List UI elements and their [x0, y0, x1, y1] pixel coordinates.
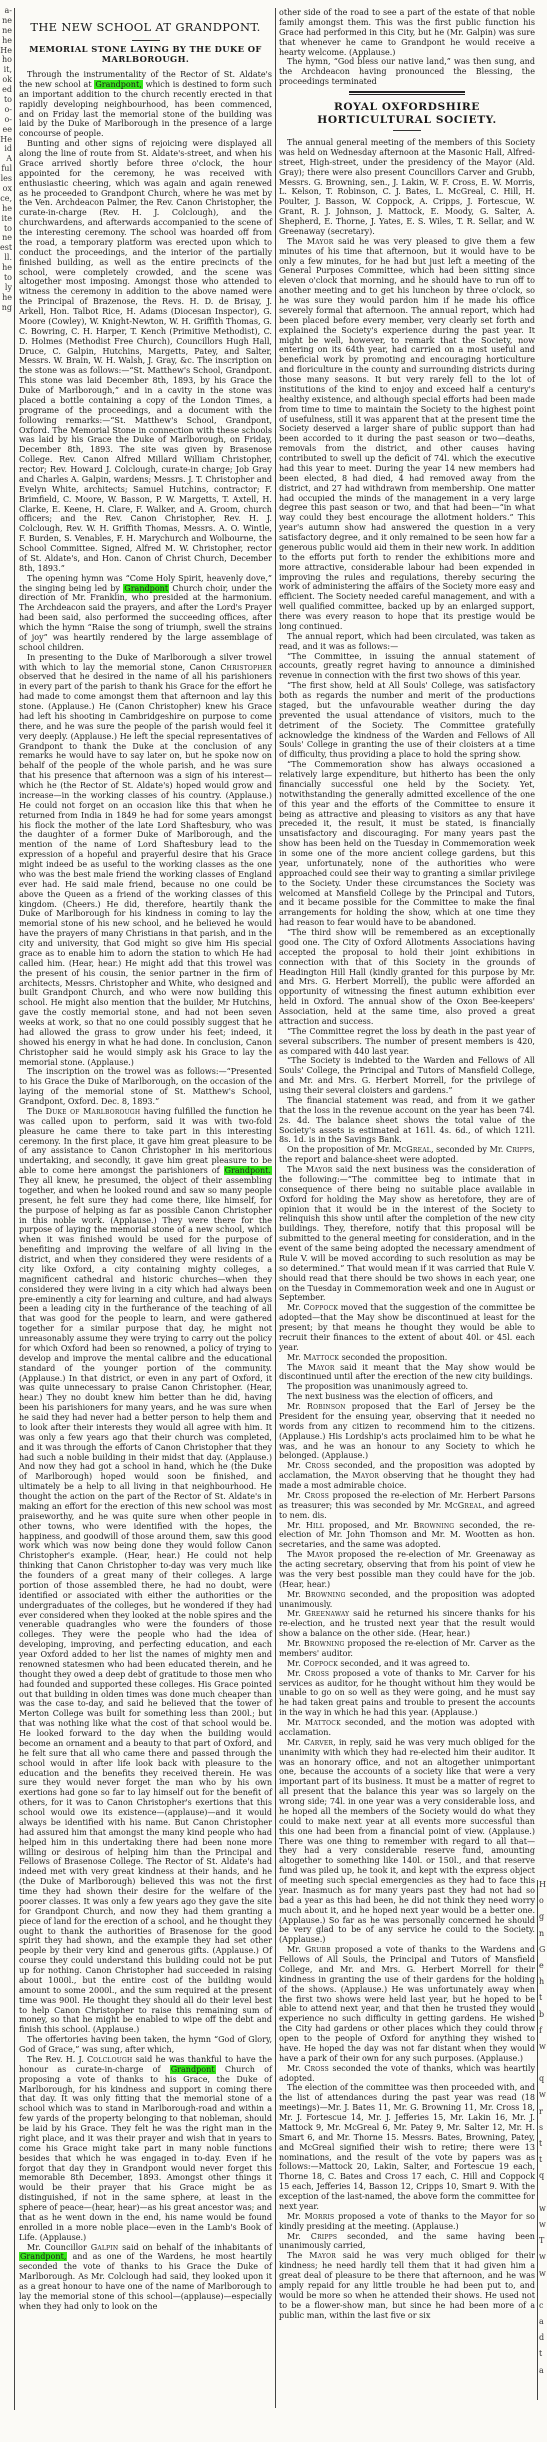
- article-2-paragraph: On the proposition of Mr. McGreal, secon…: [279, 1145, 535, 1165]
- paragraph-text: Mr.: [287, 2232, 311, 2241]
- paragraph-text: Mr.: [287, 1609, 305, 1618]
- gutter-fragment: ful: [0, 164, 12, 174]
- gutter-fragment: H: [539, 1880, 547, 1896]
- article-2-paragraph: Mr. Morris proposed a vote of thanks to …: [279, 2212, 535, 2232]
- paragraph-text: Bunting and other signs of rejoicing wer…: [19, 139, 272, 573]
- speaker-name: Robinson: [307, 1402, 346, 1411]
- paragraph-text: proposed, and Mr.: [324, 1521, 414, 1530]
- article-2-paragraph: “The Committee regret the loss by death …: [279, 1027, 535, 1057]
- gutter-fragment: id: [0, 144, 12, 154]
- article-2-paragraph: The annual report, which had been circul…: [279, 632, 535, 652]
- paragraph-text: “The third show will be remembered as an…: [279, 928, 535, 1026]
- paragraph-text: seconded the proposition.: [339, 1353, 447, 1362]
- article-1-paragraph: The opening hymn was “Come Holy Spirit, …: [19, 574, 272, 653]
- right-gutter-fragments: HognGehtbfwqwrsttqwwTwwcadta: [539, 1880, 547, 2400]
- article-2-paragraph: Mr. Carver, in reply, said he was very m…: [279, 1738, 535, 1945]
- gutter-fragment: ll.: [0, 253, 12, 263]
- paragraph-text: , in reply, said he was very much oblige…: [279, 1738, 535, 1945]
- article-2-paragraph: Mr. Cross seconded the vote of thanks, w…: [279, 2064, 535, 2084]
- paragraph-text: “The Commemoration show has always occas…: [279, 760, 535, 927]
- paragraph-text: The: [287, 1550, 307, 1559]
- speaker-name: Mayor: [307, 237, 334, 246]
- gutter-fragment: t: [539, 2139, 547, 2155]
- gutter-fragment: ne: [0, 16, 12, 26]
- gutter-fragment: w: [539, 2269, 547, 2285]
- paragraph-text: Mr.: [287, 1738, 304, 1747]
- gutter-fragment: T: [539, 2236, 547, 2252]
- article-2-paragraph: Mr. Greenaway said he returned his since…: [279, 1609, 535, 1639]
- paragraph-text: observed that he desired in the name of …: [19, 672, 272, 1066]
- gutter-fragment: a-: [0, 6, 12, 16]
- paragraph-text: The next business was the election of of…: [287, 1392, 493, 1401]
- gutter-fragment: f: [539, 2026, 547, 2042]
- article-2-paragraph: “The Commemoration show has always occas…: [279, 760, 535, 928]
- gutter-fragment: h: [539, 1977, 547, 1993]
- gutter-fragment: o-: [0, 115, 12, 125]
- gutter-fragment: w: [539, 2042, 547, 2058]
- article-2-paragraph: Mr. Cross proposed the re-election of Mr…: [279, 1491, 535, 1521]
- article-2-headline: ROYAL OXFORDSHIRE HORTICULTURAL SOCIETY.: [279, 101, 535, 127]
- gutter-fragment: ce,: [0, 194, 12, 204]
- speaker-name: Greenaway: [305, 1609, 350, 1618]
- highlighted-term: Grandpont,: [19, 2252, 67, 2261]
- newspaper-page: a-neneheHehoit,okedtoo-o-eeHeidAfullesox…: [0, 0, 547, 2442]
- gutter-fragment: [539, 2058, 547, 2074]
- gutter-fragment: c: [539, 2301, 547, 2317]
- article-2-paragraph: Mr. Mattock seconded the proposition.: [279, 1353, 535, 1363]
- article-2-paragraph: Mr. Browning proposed the re-election of…: [279, 1639, 535, 1659]
- gutter-fragment: [539, 2285, 547, 2301]
- paragraph-text: The offertories having been taken, the h…: [19, 2035, 272, 2054]
- article-2-paragraph: Mr. Coppock seconded, and it was agreed …: [279, 1659, 535, 1669]
- speaker-name: Mattock: [305, 1718, 341, 1727]
- paragraph-text: Mr.: [287, 1659, 303, 1668]
- speaker-name: Browning: [305, 1590, 346, 1599]
- article-separator: [349, 91, 465, 95]
- article-1-paragraph: Through the instrumentality of the Recto…: [19, 70, 272, 139]
- gutter-fragment: a: [539, 2366, 547, 2382]
- gutter-fragment: t: [539, 2155, 547, 2171]
- article-2-paragraph: Mr. Grubb proposed a vote of thanks to t…: [279, 1945, 535, 2064]
- paragraph-text: The: [287, 1363, 308, 1372]
- gutter-fragment: b: [539, 2010, 547, 2026]
- column-rule-middle: [275, 8, 276, 2408]
- gutter-fragment: ne: [0, 233, 12, 243]
- article-2-paragraph: Mr. Mattock seconded, and the motion was…: [279, 1718, 535, 1738]
- article-1-paragraph: Mr. Councillor Galpin said on behalf of …: [19, 2243, 272, 2312]
- paragraph-text: “The Society is indebted to the Warden a…: [279, 1056, 535, 1095]
- paragraph-text: Church of proposing a vote of thanks to …: [19, 2065, 272, 2242]
- gutter-fragment: w: [539, 2204, 547, 2220]
- paragraph-text: The financial statement was read, and fr…: [279, 1096, 535, 1145]
- gutter-fragment: he: [0, 204, 12, 214]
- gutter-fragment: he: [0, 263, 12, 273]
- gutter-fragment: w: [539, 2090, 547, 2106]
- article-2-paragraph: Mr. Hill proposed, and Mr. Browning seco…: [279, 1521, 535, 1551]
- paragraph-text: Mr.: [287, 1639, 304, 1648]
- article-1-paragraph: The inscription on the trowel was as fol…: [19, 1067, 272, 1107]
- paragraph-text: , seconded by Mr.: [431, 1145, 506, 1154]
- paragraph-text: Mr.: [287, 1303, 304, 1312]
- speaker-name: Cross: [304, 1491, 329, 1500]
- paragraph-text: Mr.: [287, 1461, 305, 1470]
- gutter-fragment: e: [539, 1961, 547, 1977]
- speaker-name: Mayor: [308, 1363, 335, 1372]
- gutter-fragment: G: [539, 1945, 547, 1961]
- speaker-name: Galpin: [91, 2243, 119, 2252]
- column-1: THE NEW SCHOOL AT GRANDPONT. MEMORIAL ST…: [19, 8, 272, 2312]
- gutter-fragment: n: [539, 1929, 547, 1945]
- paragraph-text: said he was very pleased to give them a …: [279, 237, 535, 631]
- article-2-paragraph: Mr. Robinson proposed that the Earl of J…: [279, 1402, 535, 1461]
- gutter-fragment: o: [539, 1896, 547, 1912]
- article-2-paragraph: Mr. Coppock moved that the suggestion of…: [279, 1303, 535, 1352]
- gutter-fragment: w: [539, 2220, 547, 2236]
- speaker-name: McGreal: [393, 1145, 431, 1154]
- gutter-fragment: to: [0, 95, 12, 105]
- gutter-fragment: ly: [0, 283, 12, 293]
- article-1-subhead: MEMORIAL STONE LAYING BY THE DUKE OF MAR…: [19, 44, 272, 64]
- article-2-paragraph: The election of the committee was then p…: [279, 2083, 535, 2211]
- column-rule-right: [537, 1880, 538, 2400]
- gutter-fragment: ne: [0, 26, 12, 36]
- article-2-paragraph: “The Society is indebted to the Warden a…: [279, 1056, 535, 1096]
- paragraph-text: Mr.: [287, 1353, 303, 1362]
- article-2-paragraph: “The first show, held at All Souls' Coll…: [279, 681, 535, 760]
- paragraph-text: Mr.: [287, 1402, 307, 1411]
- speaker-name: Christopher: [220, 663, 272, 672]
- paragraph-text: and as one of the Wardens, he most heart…: [19, 2252, 272, 2310]
- gutter-fragment: he: [0, 36, 12, 46]
- article-1-paragraph: The offertories having been taken, the h…: [19, 2035, 272, 2055]
- paragraph-text: Church choir, under the direction of Mr.…: [19, 584, 272, 652]
- article-2-paragraph: The Mayor said the next business was the…: [279, 1165, 535, 1303]
- paragraph-text: The election of the committee was then p…: [279, 2083, 535, 2211]
- paragraph-text: Mr.: [287, 1669, 304, 1678]
- paragraph-text: Mr.: [287, 1521, 306, 1530]
- gutter-fragment: it,: [0, 65, 12, 75]
- article-2-paragraph: “The Committee, in issuing the annual st…: [279, 652, 535, 682]
- speaker-name: Coppock: [304, 1303, 339, 1312]
- paragraph-text: “The Committee regret the loss by death …: [279, 1027, 535, 1056]
- paragraph-text: The annual report, which had been circul…: [279, 632, 535, 651]
- gutter-fragment: t: [539, 1993, 547, 2009]
- speaker-name: Mayor: [309, 2251, 336, 2260]
- gutter-fragment: He: [0, 46, 12, 56]
- speaker-name: Morris: [304, 2212, 334, 2221]
- speaker-name: McGreal: [445, 1501, 483, 1510]
- gutter-fragment: ho: [0, 55, 12, 65]
- speaker-name: Cripps: [506, 1145, 532, 1154]
- paragraph-text: having fulfilled the function he was cal…: [19, 1107, 272, 1175]
- gutter-fragment: w: [539, 2252, 547, 2268]
- article-2-paragraph: The Mayor said it meant that the May sho…: [279, 1363, 535, 1383]
- article-2-paragraph: Mr. Cross seconded, and the proposition …: [279, 1461, 535, 1491]
- gutter-fragment: ed: [0, 85, 12, 95]
- paragraph-text: seconded, and it was agreed to.: [338, 1659, 470, 1668]
- gutter-fragment: A: [0, 154, 12, 164]
- left-gutter-fragments: a-neneheHehoit,okedtoo-o-eeHeidAfullesox…: [0, 6, 12, 2426]
- paragraph-text: said on behalf of the inhabitants of: [118, 2243, 272, 2252]
- article-1-paragraph-continued: other side of the road to see a part of …: [279, 8, 535, 57]
- gutter-fragment: t: [539, 2349, 547, 2365]
- paragraph-text: Mr.: [287, 1491, 304, 1500]
- speaker-name: Grubb: [305, 1945, 331, 1954]
- article-1-paragraph: Bunting and other signs of rejoicing wer…: [19, 139, 272, 574]
- article-2-paragraph: The Mayor said he was very pleased to gi…: [279, 237, 535, 632]
- article-2-paragraph: The next business was the election of of…: [279, 1392, 535, 1402]
- article-1-headline: THE NEW SCHOOL AT GRANDPONT.: [19, 20, 272, 34]
- article-1-paragraph: In presenting to the Duke of Marlborough…: [19, 653, 272, 1068]
- paragraph-text: “The first show, held at All Souls' Coll…: [279, 681, 535, 759]
- paragraph-text: Mr. Councillor: [27, 2243, 91, 2252]
- paragraph-text: said the next business was the considera…: [279, 1165, 535, 1302]
- gutter-fragment: est: [0, 243, 12, 253]
- gutter-fragment: les: [0, 174, 12, 184]
- speaker-name: Hill: [306, 1521, 324, 1530]
- article-1-paragraph: The Rev. H. J. Colclough said he was tha…: [19, 2055, 272, 2243]
- speaker-name: Mattock: [303, 1353, 339, 1362]
- paragraph-text: Mr.: [287, 2064, 304, 2073]
- article-2-body: The annual general meeting of the member…: [279, 134, 535, 2320]
- gutter-fragment: ok: [0, 75, 12, 85]
- paragraph-text: proposed a vote of thanks to the Wardens…: [279, 1945, 535, 2063]
- paragraph-text: Mr.: [287, 1590, 305, 1599]
- gutter-fragment: to: [0, 224, 12, 234]
- paragraph-text: “The Committee, in issuing the annual st…: [279, 652, 535, 681]
- speaker-name: Carver: [304, 1738, 333, 1747]
- speaker-name: Mayor: [306, 1165, 333, 1174]
- speaker-name: Mayor: [307, 1550, 334, 1559]
- paragraph-text: Mr.: [287, 1718, 305, 1727]
- highlighted-term: Grandpont: [170, 2065, 216, 2074]
- gutter-fragment: he: [0, 293, 12, 303]
- paragraph-text: The: [287, 237, 307, 246]
- speaker-name: Cross: [304, 2064, 329, 2073]
- article-2-paragraph: Mr. Cross proposed a vote of thanks to M…: [279, 1669, 535, 1718]
- article-2-paragraph: The Mayor proposed the re-election of Mr…: [279, 1550, 535, 1590]
- highlighted-term: Grandpont.: [224, 1166, 272, 1175]
- paragraph-text: Mr.: [287, 2212, 304, 2221]
- gutter-fragment: ng: [0, 303, 12, 313]
- article-2-paragraph: The financial statement was read, and fr…: [279, 1096, 535, 1145]
- article-2-paragraph: Mr. Cripps seconded, and the same having…: [279, 2232, 535, 2252]
- paragraph-text: The proposition was unanimously agreed t…: [287, 1382, 468, 1391]
- article-2-paragraph: The Mayor said he was very much obliged …: [279, 2251, 535, 2320]
- paragraph-text: They all knew, he presumed, the object o…: [19, 1176, 272, 2034]
- paragraph-text: said he was very much obliged for their …: [279, 2251, 535, 2319]
- headline-divider: [132, 40, 160, 41]
- column-rule-left: [14, 8, 15, 2410]
- paragraph-text: The: [287, 2251, 309, 2260]
- gutter-fragment: He: [0, 135, 12, 145]
- speaker-name: Cripps: [311, 2232, 337, 2241]
- gutter-fragment: d: [539, 2333, 547, 2349]
- speaker-name: Colclough: [87, 2055, 132, 2064]
- article-1-paragraph: The hymn, “God bless our native land,” w…: [279, 57, 535, 87]
- article-1-continuation: other side of the road to see a part of …: [279, 8, 535, 87]
- gutter-fragment: q: [539, 2171, 547, 2187]
- gutter-fragment: a: [539, 2317, 547, 2333]
- paragraph-text: On the proposition of Mr.: [287, 1145, 393, 1154]
- article-1-body: Through the instrumentality of the Recto…: [19, 70, 272, 2312]
- paragraph-text: The: [27, 1107, 46, 1116]
- gutter-fragment: [539, 2188, 547, 2204]
- headline-divider-2: [393, 130, 421, 131]
- gutter-fragment: to: [0, 273, 12, 283]
- gutter-fragment: ite: [0, 214, 12, 224]
- highlighted-term: Grandpont: [123, 584, 169, 593]
- gutter-fragment: g: [539, 1912, 547, 1928]
- article-2-paragraph: The proposition was unanimously agreed t…: [279, 1382, 535, 1392]
- article-2-paragraph: Mr. Browning seconded, and the propositi…: [279, 1590, 535, 1610]
- paragraph-text: The: [287, 1165, 306, 1174]
- gutter-fragment: q: [539, 2074, 547, 2090]
- article-2-paragraph: The annual general meeting of the member…: [279, 138, 535, 237]
- paragraph-text: The annual general meeting of the member…: [279, 138, 535, 236]
- speaker-name: Duke of Marlborough: [46, 1107, 141, 1116]
- article-2-paragraph: “The third show will be remembered as an…: [279, 928, 535, 1027]
- speaker-name: Browning: [414, 1521, 455, 1530]
- speaker-name: Cross: [305, 1461, 330, 1470]
- highlighted-term: Grandpont,: [94, 80, 142, 89]
- gutter-fragment: o-: [0, 105, 12, 115]
- speaker-name: Cross: [304, 1669, 329, 1678]
- paragraph-text: The hymn, “God bless our native land,” w…: [279, 57, 535, 86]
- gutter-fragment: r: [539, 2107, 547, 2123]
- speaker-name: Browning: [304, 1639, 345, 1648]
- speaker-name: Mayor: [352, 1471, 379, 1480]
- gutter-fragment: ee: [0, 125, 12, 135]
- paragraph-text: The inscription on the trowel was as fol…: [19, 1067, 272, 1106]
- paragraph-text: The Rev. H. J.: [27, 2055, 87, 2064]
- gutter-fragment: ox: [0, 184, 12, 194]
- article-1-paragraph: The Duke of Marlborough having fulfilled…: [19, 1107, 272, 2035]
- gutter-fragment: s: [539, 2123, 547, 2139]
- column-2: other side of the road to see a part of …: [279, 8, 535, 2320]
- speaker-name: Coppock: [303, 1659, 338, 1668]
- paragraph-text: Mr.: [287, 1945, 305, 1954]
